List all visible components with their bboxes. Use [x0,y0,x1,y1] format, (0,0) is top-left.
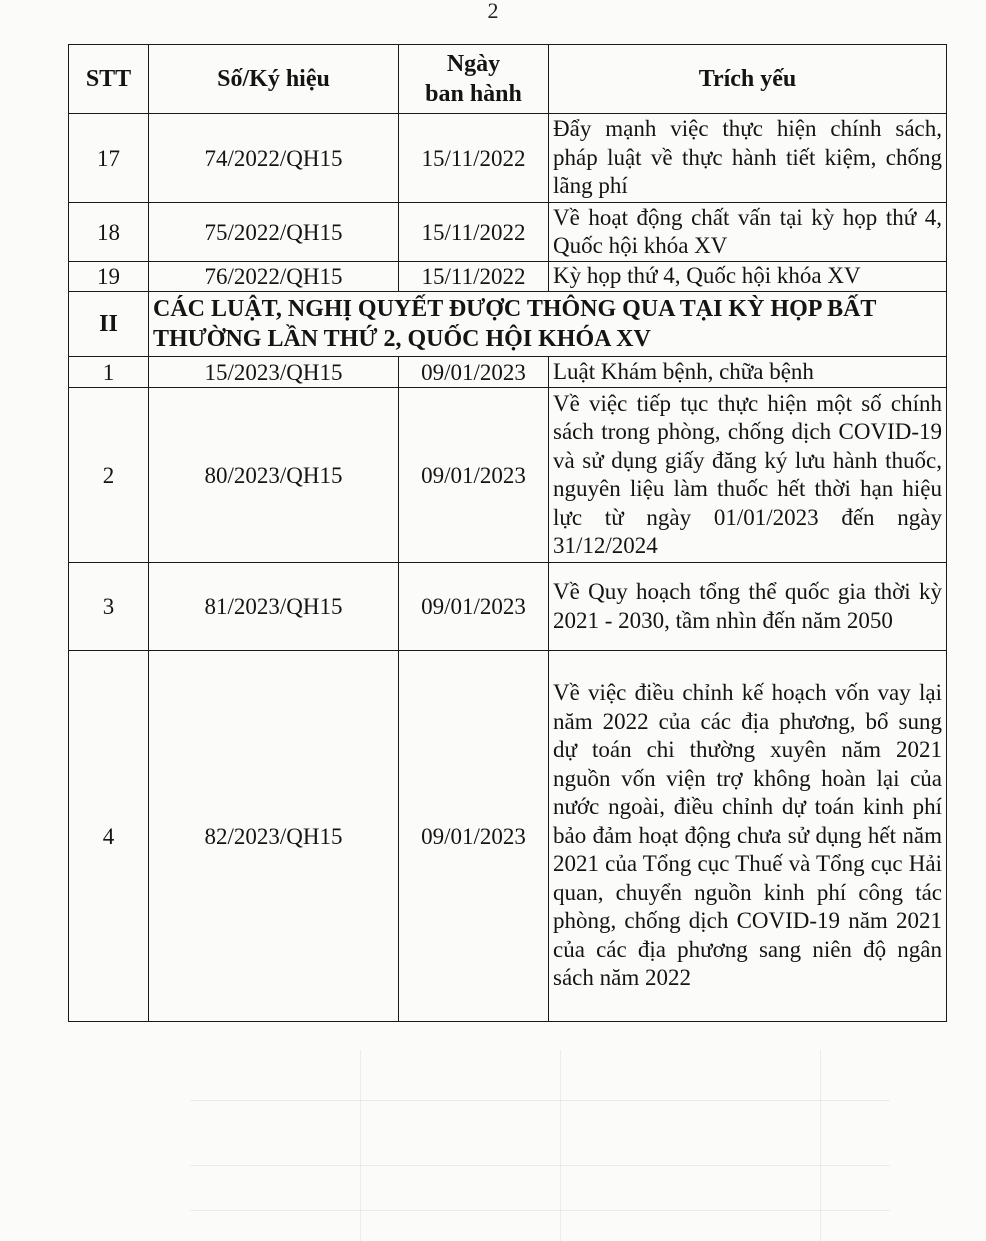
header-so-ky-hieu: Số/Ký hiệu [149,45,399,114]
table-row: 18 75/2022/QH15 15/11/2022 Về hoạt động … [69,203,947,262]
cell-so-ky-hieu: 15/2023/QH15 [149,357,399,388]
cell-stt: 4 [69,651,149,1022]
table-row: 4 82/2023/QH15 09/01/2023 Về việc điều c… [69,651,947,1022]
table-row: 3 81/2023/QH15 09/01/2023 Về Quy hoạch t… [69,563,947,651]
cell-ngay-ban-hanh: 15/11/2022 [399,203,549,262]
cell-stt: 3 [69,563,149,651]
cell-stt: 17 [69,114,149,203]
cell-stt: 19 [69,262,149,292]
cell-trich-yeu: Luật Khám bệnh, chữa bệnh [549,357,947,388]
cell-ngay-ban-hanh: 09/01/2023 [399,563,549,651]
resolutions-table: STT Số/Ký hiệu Ngày ban hành Trích yếu 1… [68,44,947,1022]
header-ngay-ban-hanh: Ngày ban hành [399,45,549,114]
header-trich-yeu: Trích yếu [549,45,947,114]
section-header-row: II CÁC LUẬT, NGHỊ QUYẾT ĐƯỢC THÔNG QUA T… [69,292,947,357]
header-stt: STT [69,45,149,114]
cell-stt: 18 [69,203,149,262]
table-row: 2 80/2023/QH15 09/01/2023 Về việc tiếp t… [69,388,947,563]
table-row: 17 74/2022/QH15 15/11/2022 Đẩy mạnh việc… [69,114,947,203]
cell-trich-yeu: Kỳ họp thứ 4, Quốc hội khóa XV [549,262,947,292]
cell-so-ky-hieu: 81/2023/QH15 [149,563,399,651]
cell-so-ky-hieu: 82/2023/QH15 [149,651,399,1022]
cell-ngay-ban-hanh: 09/01/2023 [399,388,549,563]
cell-stt: 1 [69,357,149,388]
cell-so-ky-hieu: 75/2022/QH15 [149,203,399,262]
section-title: CÁC LUẬT, NGHỊ QUYẾT ĐƯỢC THÔNG QUA TẠI … [149,292,947,357]
cell-so-ky-hieu: 76/2022/QH15 [149,262,399,292]
table-header-row: STT Số/Ký hiệu Ngày ban hành Trích yếu [69,45,947,114]
cell-trich-yeu: Về Quy hoạch tổng thể quốc gia thời kỳ 2… [549,563,947,651]
table-row: 19 76/2022/QH15 15/11/2022 Kỳ họp thứ 4,… [69,262,947,292]
cell-trich-yeu: Về việc điều chỉnh kế hoạch vốn vay lại … [549,651,947,1022]
cell-ngay-ban-hanh: 09/01/2023 [399,357,549,388]
cell-ngay-ban-hanh: 15/11/2022 [399,114,549,203]
table-row: 1 15/2023/QH15 09/01/2023 Luật Khám bệnh… [69,357,947,388]
page-number: 2 [0,0,986,22]
cell-ngay-ban-hanh: 09/01/2023 [399,651,549,1022]
cell-so-ky-hieu: 80/2023/QH15 [149,388,399,563]
header-ngay-line1: Ngày [403,49,544,79]
header-ngay-line2: ban hành [403,79,544,109]
cell-ngay-ban-hanh: 15/11/2022 [399,262,549,292]
cell-trich-yeu: Về việc tiếp tục thực hiện một số chính … [549,388,947,563]
cell-so-ky-hieu: 74/2022/QH15 [149,114,399,203]
cell-trich-yeu: Về hoạt động chất vấn tại kỳ họp thứ 4, … [549,203,947,262]
section-roman-numeral: II [69,292,149,357]
cell-stt: 2 [69,388,149,563]
cell-trich-yeu: Đẩy mạnh việc thực hiện chính sách, pháp… [549,114,947,203]
